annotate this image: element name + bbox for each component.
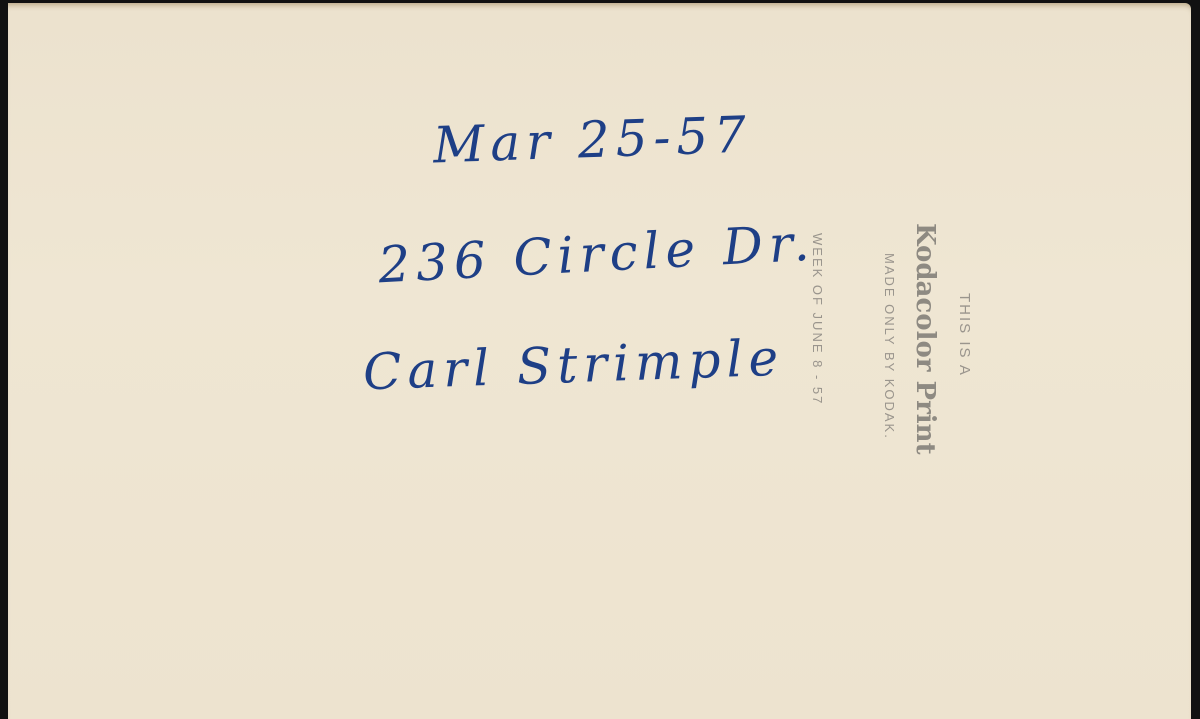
stamp-line-4: WEEK OF JUNE 8 - 57 [810, 233, 825, 405]
stamp-line-2: Kodacolor Print [910, 223, 940, 455]
handwritten-address: 236 Circle Dr. [377, 214, 817, 295]
photo-back-card: Mar 25-57 236 Circle Dr. Carl Strimple T… [8, 3, 1191, 719]
stamp-line-1: THIS IS A [956, 293, 973, 377]
kodacolor-stamp: THIS IS A Kodacolor Print MADE ONLY BY K… [808, 223, 988, 503]
handwritten-date: Mar 25-57 [432, 105, 753, 174]
handwritten-name: Carl Strimple [362, 329, 785, 402]
stamp-line-3: MADE ONLY BY KODAK. [882, 253, 897, 440]
scan-background: Mar 25-57 236 Circle Dr. Carl Strimple T… [0, 0, 1200, 719]
